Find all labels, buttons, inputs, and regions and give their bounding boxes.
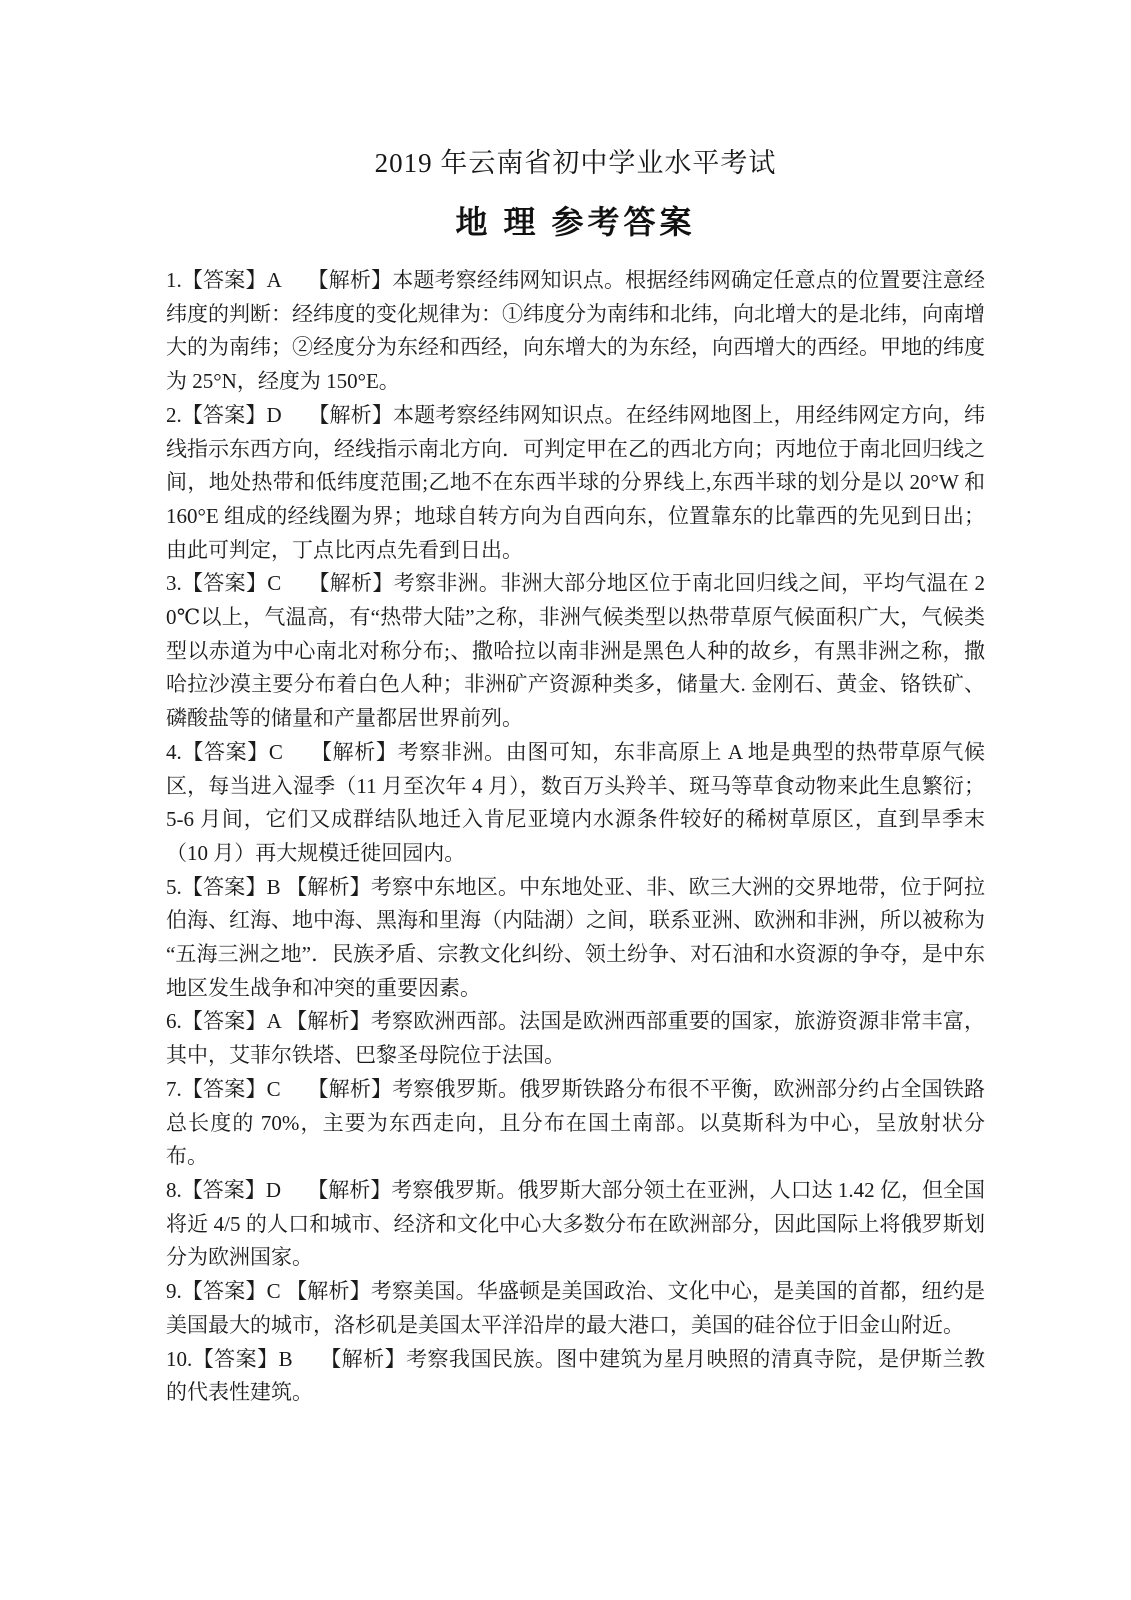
answer-label: 【答案】 [192,1347,278,1371]
answer-item: 6.【答案】A 【解析】考察欧洲西部。法国是欧洲西部重要的国家，旅游资源非常丰富… [166,1005,985,1072]
item-number: 7. [166,1077,182,1101]
analysis-label: 【解析】 [307,1077,392,1101]
item-number: 4. [166,740,182,764]
analysis-label: 【解析】 [311,740,398,764]
analysis-label: 【解析】 [307,268,392,292]
answer-value: B [267,875,281,899]
answer-value: C [267,571,281,595]
answer-item: 9.【答案】C 【解析】考察美国。华盛顿是美国政治、文化中心，是美国的首都，纽约… [166,1275,985,1342]
analysis-label: 【解析】 [308,571,393,595]
answer-label: 【答案】 [182,403,267,427]
gap-space [282,403,309,427]
item-number: 8. [166,1178,182,1202]
gap-space [281,1077,308,1101]
answer-value: A [267,1009,281,1033]
answer-label: 【答案】 [182,1178,266,1202]
answer-value: C [267,1279,281,1303]
analysis-label: 【解析】 [320,1347,406,1371]
answer-value: C [267,1077,281,1101]
answer-item: 8.【答案】D 【解析】考察俄罗斯。俄罗斯大部分领土在亚洲，人口达 1.42 亿… [166,1174,985,1275]
answer-value: C [269,740,283,764]
analysis-label: 【解析】 [286,1009,371,1033]
answer-label: 【答案】 [182,268,267,292]
analysis-label: 【解析】 [286,1279,371,1303]
answer-label: 【答案】 [182,1009,267,1033]
answer-value: D [267,403,282,427]
answer-label: 【答案】 [182,1279,267,1303]
answer-value: B [279,1347,293,1371]
item-number: 6. [166,1009,182,1033]
answer-item: 10.【答案】B 【解析】考察我国民族。图中建筑为星月映照的清真寺院，是伊斯兰教… [166,1343,985,1410]
answer-item: 5.【答案】B 【解析】考察中东地区。中东地处亚、非、欧三大洲的交界地带，位于阿… [166,871,985,1006]
item-number: 2. [166,403,182,427]
item-number: 3. [166,571,182,595]
answer-item: 7.【答案】C 【解析】考察俄罗斯。俄罗斯铁路分布很不平衡，欧洲部分约占全国铁路… [166,1073,985,1174]
page-subtitle: 地 理 参考答案 [166,197,985,243]
answer-item: 1.【答案】A 【解析】本题考察经纬网知识点。根据经纬网确定任意点的位置要注意经… [166,264,985,399]
answer-list: 1.【答案】A 【解析】本题考察经纬网知识点。根据经纬网确定任意点的位置要注意经… [166,264,985,1410]
analysis-label: 【解析】 [308,403,393,427]
gap-space [281,268,308,292]
document-page: 2019 年云南省初中学业水平考试 地 理 参考答案 1.【答案】A 【解析】本… [0,0,1131,1600]
item-number: 9. [166,1279,182,1303]
item-number: 10. [166,1347,192,1371]
gap-space [293,1347,321,1371]
answer-item: 2.【答案】D 【解析】本题考察经纬网知识点。在经纬网地图上，用经纬网定方向，纬… [166,399,985,568]
answer-label: 【答案】 [182,571,268,595]
item-number: 5. [166,875,182,899]
page-title: 2019 年云南省初中学业水平考试 [166,141,985,180]
answer-value: D [266,1178,281,1202]
answer-item: 4.【答案】C 【解析】考察非洲。由图可知，东非高原上 A 地是典型的热带草原气… [166,736,985,871]
answer-item: 3.【答案】C 【解析】考察非洲。非洲大部分地区位于南北回归线之间，平均气温在 … [166,567,985,736]
answer-label: 【答案】 [182,1077,267,1101]
item-number: 1. [166,268,182,292]
answer-value: A [267,268,281,292]
analysis-label: 【解析】 [286,875,371,899]
gap-space [283,740,311,764]
answer-label: 【答案】 [182,875,267,899]
gap-space [281,1178,307,1202]
analysis-label: 【解析】 [307,1178,391,1202]
answer-label: 【答案】 [182,740,269,764]
gap-space [281,571,308,595]
